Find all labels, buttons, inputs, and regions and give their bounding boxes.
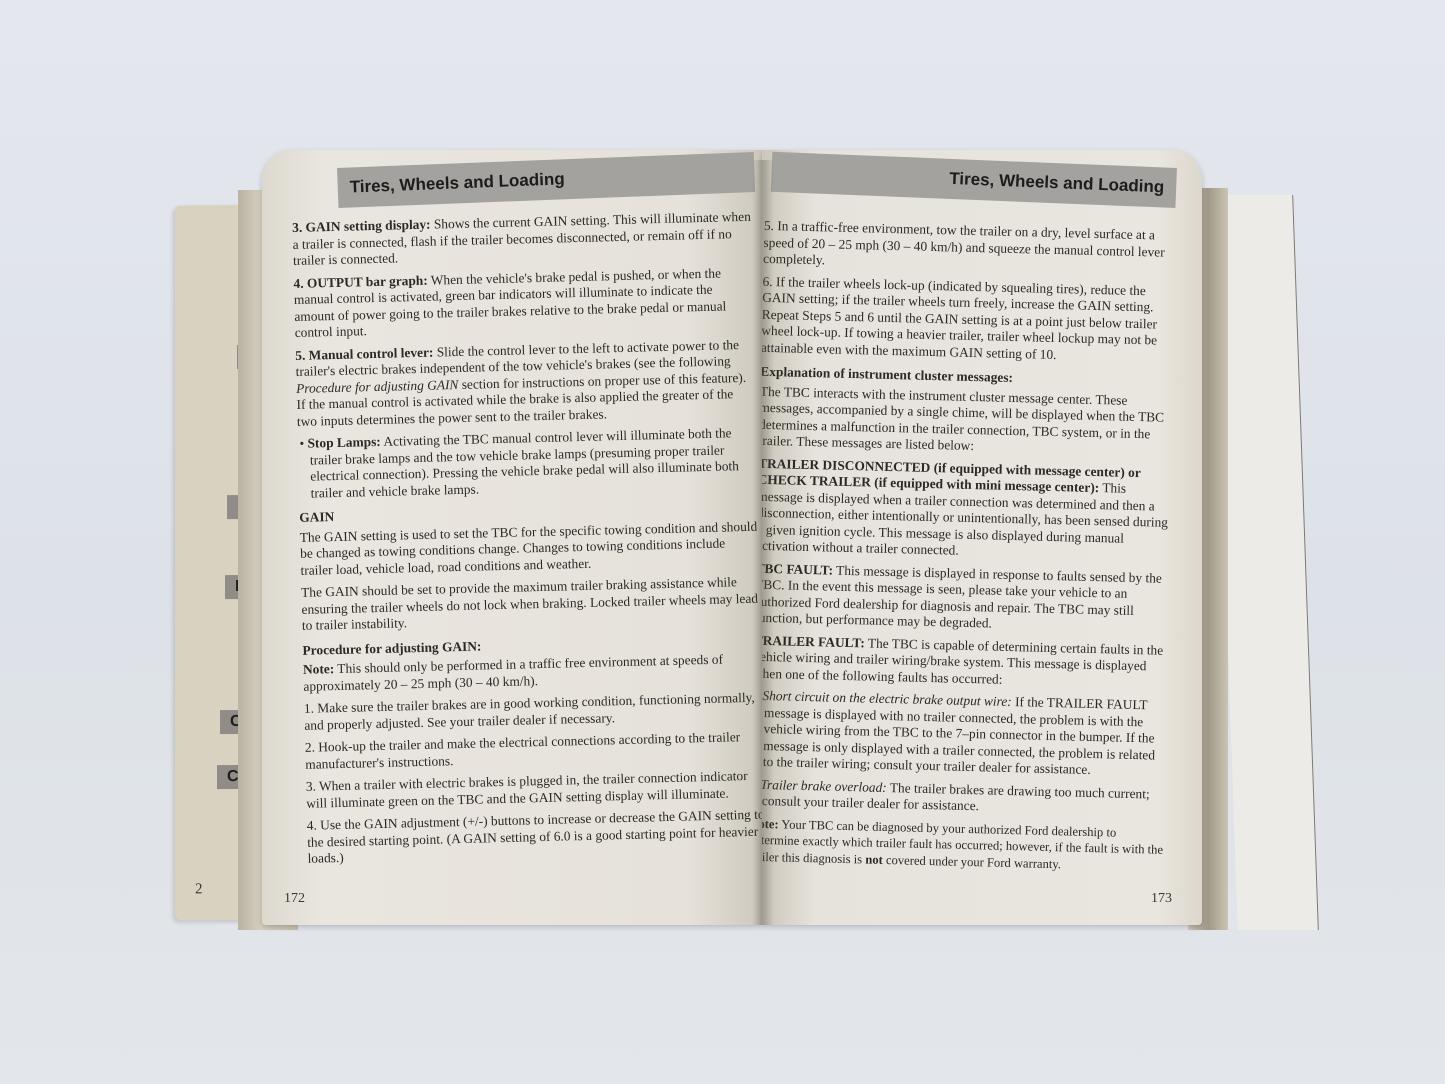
section-header: Tires, Wheels and Loading: [771, 152, 1177, 208]
bullet-short-circuit: • Short circuit on the electric brake ou…: [762, 688, 1169, 781]
gain-paragraph: The GAIN should be set to provide the ma…: [301, 574, 762, 635]
message-trailer-fault: TRAILER FAULT: The TBC is capable of det…: [762, 632, 1170, 692]
warranty-note: Note: Your TBC can be diagnosed by your …: [762, 815, 1165, 875]
section-header: Tires, Wheels and Loading: [337, 152, 755, 208]
left-page-content: 3. GAIN setting display: Shows the curre…: [292, 209, 762, 874]
book-gutter: [752, 160, 774, 925]
procedure-step: 4. Use the GAIN adjustment (+/-) buttons…: [307, 807, 762, 868]
message-trailer-disconnected: TRAILER DISCONNECTED (if equipped with m…: [762, 455, 1174, 564]
left-page: Tires, Wheels and Loading 3. GAIN settin…: [262, 150, 762, 925]
procedure-step: 5. In a traffic-free environment, tow th…: [763, 218, 1180, 278]
item-output-bar-graph: 4. OUTPUT bar graph: When the vehicle's …: [293, 264, 754, 341]
bullet-brake-overload: • Trailer brake overload: The trailer br…: [762, 776, 1166, 819]
bullet-stop-lamps: • Stop Lamps: Activating the TBC manual …: [297, 425, 758, 502]
item-gain-display: 3. GAIN setting display: Shows the curre…: [292, 209, 753, 270]
procedure-note: Note: This should only be performed in a…: [303, 651, 762, 695]
explanation-paragraph: The TBC interacts with the instrument cl…: [762, 383, 1176, 459]
right-page: Tires, Wheels and Loading 5. In a traffi…: [762, 150, 1202, 925]
procedure-step: 2. Hook-up the trailer and make the elec…: [305, 729, 762, 773]
procedure-step: 1. Make sure the trailer brakes are in g…: [304, 690, 762, 734]
gain-paragraph: The GAIN setting is used to set the TBC …: [300, 518, 761, 579]
back-page-number: 2: [195, 881, 203, 898]
procedure-step: 3. When a trailer with electric brakes i…: [306, 768, 762, 812]
right-page-content: 5. In a traffic-free environment, tow th…: [762, 218, 1180, 881]
procedure-step: 6. If the trailer wheels lock-up (indica…: [762, 273, 1179, 366]
message-tbc-fault: TBC FAULT: This message is displayed in …: [762, 560, 1172, 636]
item-manual-control-lever: 5. Manual control lever: Slide the contr…: [295, 336, 757, 430]
page-number: 173: [1151, 891, 1172, 907]
back-book-right-cover: [1212, 195, 1319, 930]
page-number: 172: [284, 891, 305, 907]
